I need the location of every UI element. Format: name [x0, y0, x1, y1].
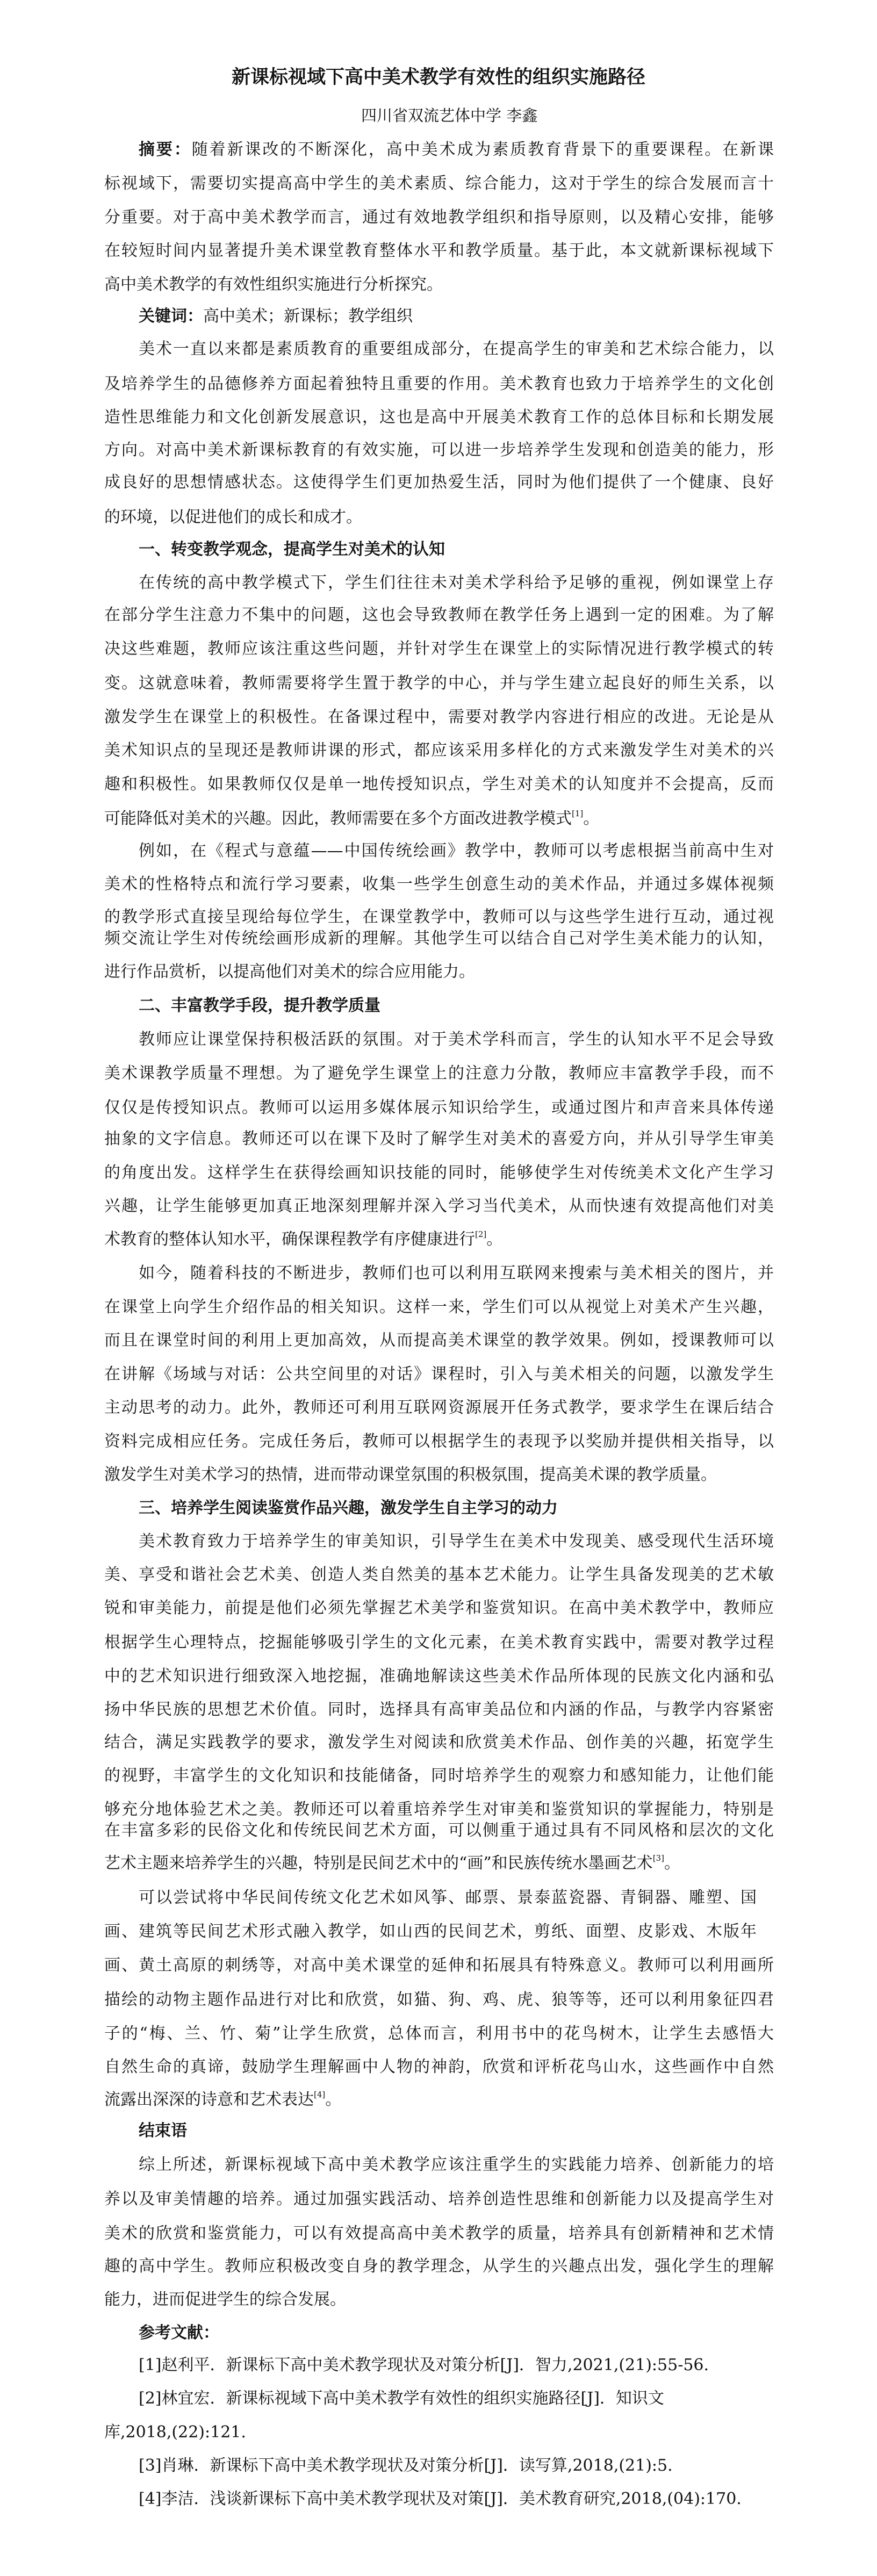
citation-marker[interactable]: [1] [572, 809, 583, 818]
section-heading-2: 二、丰富教学手段，提升教学质量 [139, 996, 774, 1016]
paragraph-line: 决这些难题，教师应该注重这些问题，并针对学生在课堂上的实际情况进行教学模式的转 [104, 639, 774, 659]
references-heading: 参考文献： [139, 2323, 774, 2343]
reference-item: [3]肖琳．新课标下高中美术教学现状及对策分析[J]．读写算,2018,(21)… [139, 2456, 774, 2476]
paragraph-line: 趣和积极性。如果教师仅仅是单一地传授知识点，学生对美术的认知度并不会提高，反而 [104, 775, 774, 794]
paragraph-line: 变。这就意味着，教师需要将学生置于教学的中心，并与学生建立起良好的师生关系，以 [104, 674, 774, 693]
paragraph-line: 激发学生在课堂上的积极性。在备课过程中，需要对教学内容进行相应的改进。无论是从 [104, 708, 774, 727]
paragraph-line: 频交流让学生对传统绘画形成新的理解。其他学生可以结合自己对学生美术能力的认知， [104, 929, 774, 948]
paragraph-line: 教师应让课堂保持积极活跃的氛围。对于美术学科而言，学生的认知水平不足会导致 [139, 1030, 774, 1049]
paragraph-line: 资料完成相应任务。完成任务后，教师可以根据学生的表现予以奖励并提供相关指导，以 [104, 1432, 774, 1451]
section-heading-3: 三、培养学生阅读鉴赏作品兴趣，激发学生自主学习的动力 [139, 1499, 774, 1518]
paragraph-line: 画、建筑等民间艺术形式融入教学，如山西的民间艺术，剪纸、面塑、皮影戏、木版年 [104, 1922, 757, 1941]
paragraph-line: 美术知识点的呈现还是教师讲课的形式，都应该采用多样化的方式来激发学生对美术的兴 [104, 741, 774, 760]
intro-line: 美术一直以来都是素质教育的重要组成部分，在提高学生的审美和艺术综合能力，以 [139, 340, 774, 359]
keywords-value: 高中美术；新课标；教学组织 [203, 307, 413, 326]
abstract-line: 摘要：随着新课改的不断深化，高中美术成为素质教育背景下的重要课程。在新课 [139, 140, 774, 160]
paragraph-line: 描绘的动物主题作品进行对比和欣赏，如猫、狗、鸡、虎、狼等等，还可以利用象征四君 [104, 1990, 774, 2010]
paragraph-line: 的角度出发。这样学生在获得绘画知识技能的同时，能够使学生对传统美术文化产生学习 [104, 1163, 774, 1183]
abstract-label: 摘要： [139, 140, 192, 159]
abstract-line: 分重要。对于高中美术教学而言，通过有效地教学组织和指导原则，以及精心安排，能够 [104, 208, 774, 227]
paragraph-line: 美术课教学质量不理想。为了避免学生课堂上的注意力分散，教师应丰富教学手段，而不 [104, 1064, 774, 1083]
paragraph-line: 美术的性格特点和流行学习要素，收集一些学生创意生动的美术作品，并通过多媒体视频 [104, 875, 774, 894]
paragraph-line: 例如，在《程式与意蕴——中国传统绘画》教学中，教师可以考虑根据当前高中生对 [139, 841, 774, 861]
section-heading-1: 一、转变教学观念，提高学生对美术的认知 [139, 540, 774, 559]
conclusion-line: 综上所述，新课标视域下高中美术教学应该注重学生的实践能力培养、创新能力的培 [139, 2155, 774, 2175]
reference-item-continuation: 库,2018,(22):121. [104, 2423, 774, 2442]
intro-line: 的环境，以促进他们的成长和成才。 [104, 508, 774, 527]
paragraph-line: 中的艺术知识进行细致深入地挖掘，准确地解读这些美术作品所体现的民族文化内涵和弘 [104, 1667, 774, 1686]
citation-marker[interactable]: [2] [475, 1229, 486, 1239]
paragraph-line: 子的“梅、兰、竹、菊”让学生欣赏，总体而言，利用书中的花鸟树木，让学生去感悟大 [104, 2024, 774, 2043]
paragraph-line: 兴趣，让学生能够更加真正地深刻理解并深入学习当代美术，从而快速有效提高他们对美 [104, 1197, 774, 1216]
paragraph-line: 激发学生对美术学习的热情，进而带动课堂氛围的积极氛围，提高美术课的教学质量。 [104, 1465, 774, 1485]
paragraph-line: 仅仅是传授知识点。教师可以运用多媒体展示知识给学生，或通过图片和声音来具体传递 [104, 1098, 774, 1118]
reference-item: [1]赵利平．新课标下高中美术教学现状及对策分析[J]．智力,2021,(21)… [139, 2356, 774, 2375]
reference-item: [4]李洁．浅谈新课标下高中美术教学现状及对策[J]．美术教育研究,2018,(… [139, 2489, 774, 2509]
paragraph-line: 在课堂上向学生介绍作品的相关知识。这样一来，学生们可以从视觉上对美术产生兴趣， [104, 1298, 774, 1317]
paragraph-line: 美、享受和谐社会艺术美、创造人类自然美的基本艺术能力。让学生具备发现美的艺术敏 [104, 1565, 774, 1585]
paragraph-line: 扬中华民族的思想艺术价值。同时，选择具有高审美品位和内涵的作品，与教学内容紧密 [104, 1700, 774, 1719]
author-affiliation: 四川省双流艺体中学 李鑫 [361, 106, 537, 125]
abstract-line: 在较短时间内显著提升美术课堂教育整体水平和教学质量。基于此，本文就新课标视域下 [104, 241, 774, 261]
paragraph-line: 进行作品赏析，以提高他们对美术的综合应用能力。 [104, 962, 774, 982]
paragraph-line: 美术教育致力于培养学生的审美知识，引导学生在美术中发现美、感受现代生活环境 [139, 1532, 774, 1551]
keywords-label: 关键词： [139, 307, 203, 326]
paragraph-line: 结合，满足实践教学的要求，激发学生对阅读和欣赏美术作品、创作美的兴趣，拓宽学生 [104, 1733, 774, 1752]
citation-marker[interactable]: [4] [314, 2090, 325, 2099]
paragraph-line: 主动思考的动力。此外，教师还可利用互联网资源展开任务式教学，要求学生在课后结合 [104, 1398, 774, 1417]
paragraph-line: 流露出深深的诗意和艺术表达[4]。 [104, 2090, 774, 2110]
paragraph-line: 的教学形式直接呈现给每位学生，在课堂教学中，教师可以与这些学生进行互动，通过视 [104, 908, 774, 927]
conclusion-line: 能力，进而促进学生的综合发展。 [104, 2290, 774, 2309]
conclusion-line: 养以及审美情趣的培养。通过加强实践活动、培养创造性思维和创新能力以及提高学生对 [104, 2190, 774, 2209]
conclusion-heading: 结束语 [139, 2121, 774, 2141]
conclusion-line: 美术的欣赏和鉴赏能力，可以有效提高高中美术教学的质量，培养具有创新精神和艺术情 [104, 2224, 774, 2243]
paragraph-line: 可以尝试将中华民间传统文化艺术如风筝、邮票、景泰蓝瓷器、青铜器、雕塑、国 [139, 1888, 757, 1908]
citation-marker[interactable]: [3] [653, 1853, 664, 1863]
paragraph-line: 在传统的高中教学模式下，学生们往往未对美术学科给予足够的重视，例如课堂上存 [139, 573, 774, 593]
intro-line: 方向。对高中美术新课标教育的有效实施，可以进一步培养学生发现和创造美的能力，形 [104, 441, 774, 460]
paragraph-line: 术教育的整体认知水平，确保课程教学有序健康进行[2]。 [104, 1230, 774, 1249]
paragraph-line: 根据学生心理特点，挖掘能够吸引学生的文化元素，在美术教育实践中，需要对教学过程 [104, 1633, 774, 1652]
paragraph-line: 画、黄土高原的刺绣等，对高中美术课堂的延伸和拓展具有特殊意义。教师可以利用画所 [104, 1956, 774, 1975]
keywords-line: 关键词：高中美术；新课标；教学组织 [139, 307, 774, 326]
paragraph-line: 而且在课堂时间的利用上更加高效，从而提高美术课堂的教学效果。例如，授课教师可以 [104, 1331, 774, 1350]
paragraph-line: 在部分学生注意力不集中的问题，这也会导致教师在教学任务上遇到一定的困难。为了解 [104, 606, 774, 625]
abstract-line: 高中美术教学的有效性组织实施进行分析探究。 [104, 275, 774, 294]
intro-line: 成良好的思想情感状态。这使得学生们更加热爱生活，同时为他们提供了一个健康、良好 [104, 473, 774, 492]
document-page: 新课标视域下高中美术教学有效性的组织实施路径 四川省双流艺体中学 李鑫 摘要：随… [0, 0, 877, 2576]
paragraph-line: 够充分地体验艺术之美。教师还可以着重培养学生对审美和鉴赏知识的掌握能力，特别是 [104, 1800, 774, 1819]
reference-item: [2]林宜宏．新课标视域下高中美术教学有效性的组织实施路径[J]．知识文 [139, 2389, 774, 2408]
paragraph-line: 在讲解《场域与对话：公共空间里的对话》课程时，引入与美术相关的问题，以激发学生 [104, 1365, 774, 1384]
abstract-line: 标视域下，需要切实提高高中学生的美术素质、综合能力，这对于学生的综合发展而言十 [104, 174, 774, 193]
intro-line: 造性思维能力和文化创新发展意识，这也是高中开展美术教育工作的总体目标和长期发展 [104, 408, 774, 427]
paragraph-line: 自然生命的真谛，鼓励学生理解画中人物的神韵，欣赏和评析花鸟山水，这些画作中自然 [104, 2057, 774, 2077]
paragraph-line: 如今，随着科技的不断进步，教师们也可以利用互联网来搜索与美术相关的图片，并 [139, 1264, 774, 1283]
paragraph-line: 抽象的文字信息。教师还可以在课下及时了解学生对美术的喜爱方向，并从引导学生审美 [104, 1129, 774, 1149]
intro-line: 及培养学生的品德修养方面起着独特且重要的作用。美术教育也致力于培养学生的文化创 [104, 375, 774, 394]
paragraph-line: 可能降低对美术的兴趣。因此，教师需要在多个方面改进教学模式[1]。 [104, 809, 774, 829]
paragraph-line: 的视野，丰富学生的文化知识和技能储备，同时培养学生的观察力和感知能力，让他们能 [104, 1766, 774, 1786]
conclusion-line: 趣的高中学生。教师应积极改变自身的教学理念，从学生的兴趣点出发，强化学生的理解 [104, 2257, 774, 2276]
paragraph-line: 艺术主题来培养学生的兴趣，特别是民间艺术中的“画”和民族传统水墨画艺术[3]。 [104, 1854, 774, 1873]
paragraph-line: 锐和审美能力，前提是他们必须先掌握艺术美学和鉴赏知识。在高中美术教学中，教师应 [104, 1599, 774, 1618]
document-title: 新课标视域下高中美术教学有效性的组织实施路径 [0, 67, 877, 88]
paragraph-line: 在丰富多彩的民俗文化和传统民间艺术方面，可以侧重于通过具有不同风格和层次的文化 [104, 1821, 774, 1840]
